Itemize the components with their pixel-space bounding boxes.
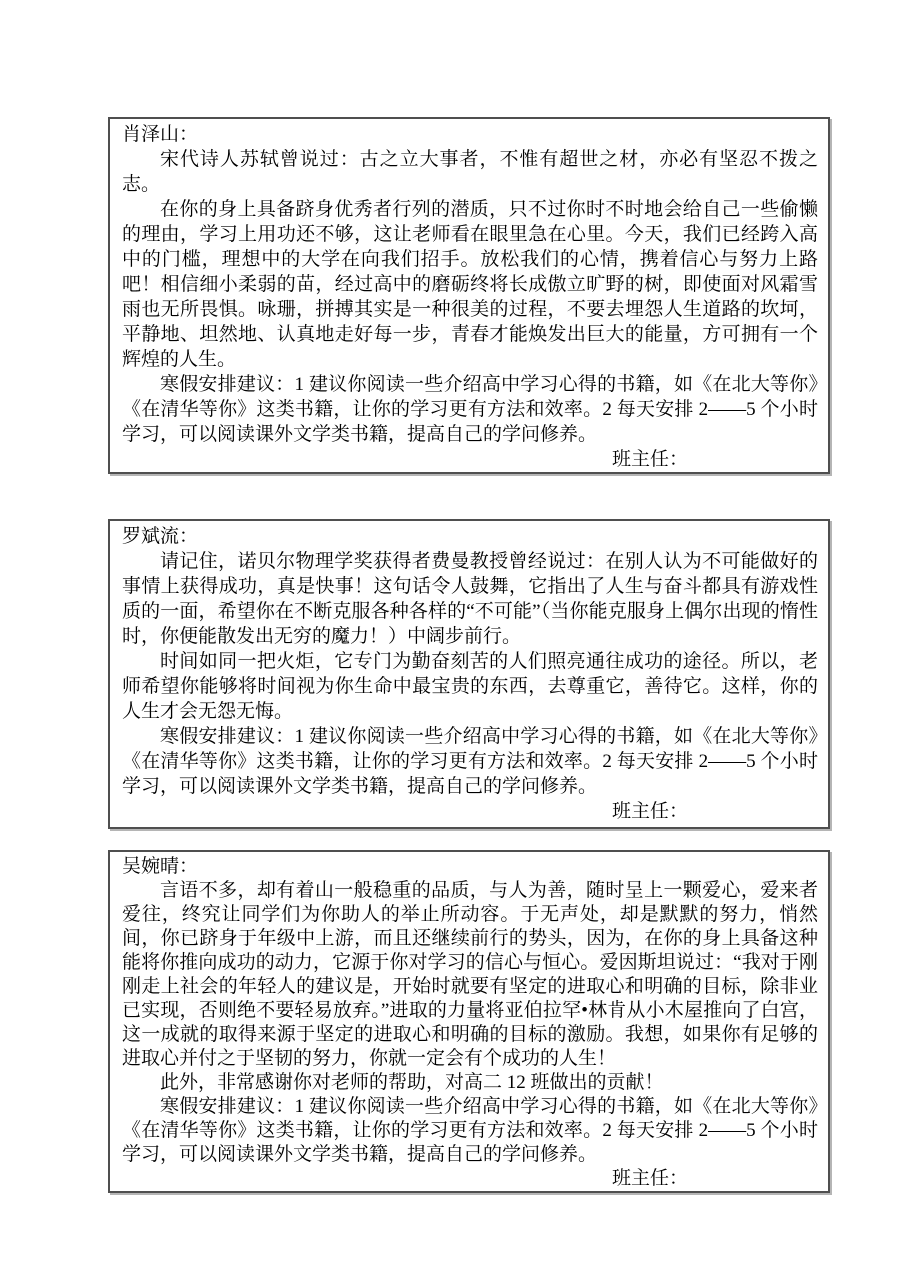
vacation-advice-paragraph: 寒假安排建议：1 建议你阅读一些介绍高中学习心得的书籍，如《在北大等你》《在清华… — [122, 1095, 818, 1167]
comment-paragraph: 此外，非常感谢你对老师的帮助，对高二 12 班做出的贡献！ — [122, 1071, 818, 1095]
student-name: 罗斌流： — [122, 524, 818, 549]
comment-paragraph: 时间如同一把火炬，它专门为勤奋刻苦的人们照亮通往成功的途径。所以，老师希望你能够… — [122, 649, 818, 724]
comment-paragraph: 在你的身上具备跻身优秀者行列的潜质，只不过你时不时地会给自己一些偷懒的理由，学习… — [122, 197, 818, 372]
comment-paragraph: 言语不多，却有着山一般稳重的品质，与人为善，随时呈上一颗爱心，爱来者爱往，终究让… — [122, 879, 818, 1071]
comment-card-wuwanqing: 吴婉晴： 言语不多，却有着山一般稳重的品质，与人为善，随时呈上一颗爱心，爱来者爱… — [108, 850, 830, 1193]
comment-card-luobinliu: 罗斌流： 请记住，诺贝尔物理学奖获得者费曼教授曾经说过：在别人认为不可能做好的事… — [108, 519, 830, 829]
comment-card-xiaozeshan: 肖泽山： 宋代诗人苏轼曾说过：古之立大事者，不惟有超世之材，亦必有坚忍不拨之志。… — [108, 117, 830, 474]
teacher-signature: 班主任： — [122, 799, 818, 824]
vacation-advice-paragraph: 寒假安排建议：1 建议你阅读一些介绍高中学习心得的书籍，如《在北大等你》《在清华… — [122, 372, 818, 447]
student-name: 肖泽山： — [122, 122, 818, 147]
vacation-advice-paragraph: 寒假安排建议：1 建议你阅读一些介绍高中学习心得的书籍，如《在北大等你》《在清华… — [122, 724, 818, 799]
comment-cards-container: 肖泽山： 宋代诗人苏轼曾说过：古之立大事者，不惟有超世之材，亦必有坚忍不拨之志。… — [108, 117, 830, 1193]
teacher-signature: 班主任： — [122, 1167, 818, 1191]
student-name: 吴婉晴： — [122, 855, 818, 879]
teacher-signature: 班主任： — [122, 447, 818, 472]
comment-paragraph: 宋代诗人苏轼曾说过：古之立大事者，不惟有超世之材，亦必有坚忍不拨之志。 — [122, 147, 818, 197]
document-page: 肖泽山： 宋代诗人苏轼曾说过：古之立大事者，不惟有超世之材，亦必有坚忍不拨之志。… — [0, 0, 900, 1286]
comment-paragraph: 请记住，诺贝尔物理学奖获得者费曼教授曾经说过：在别人认为不可能做好的事情上获得成… — [122, 549, 818, 649]
